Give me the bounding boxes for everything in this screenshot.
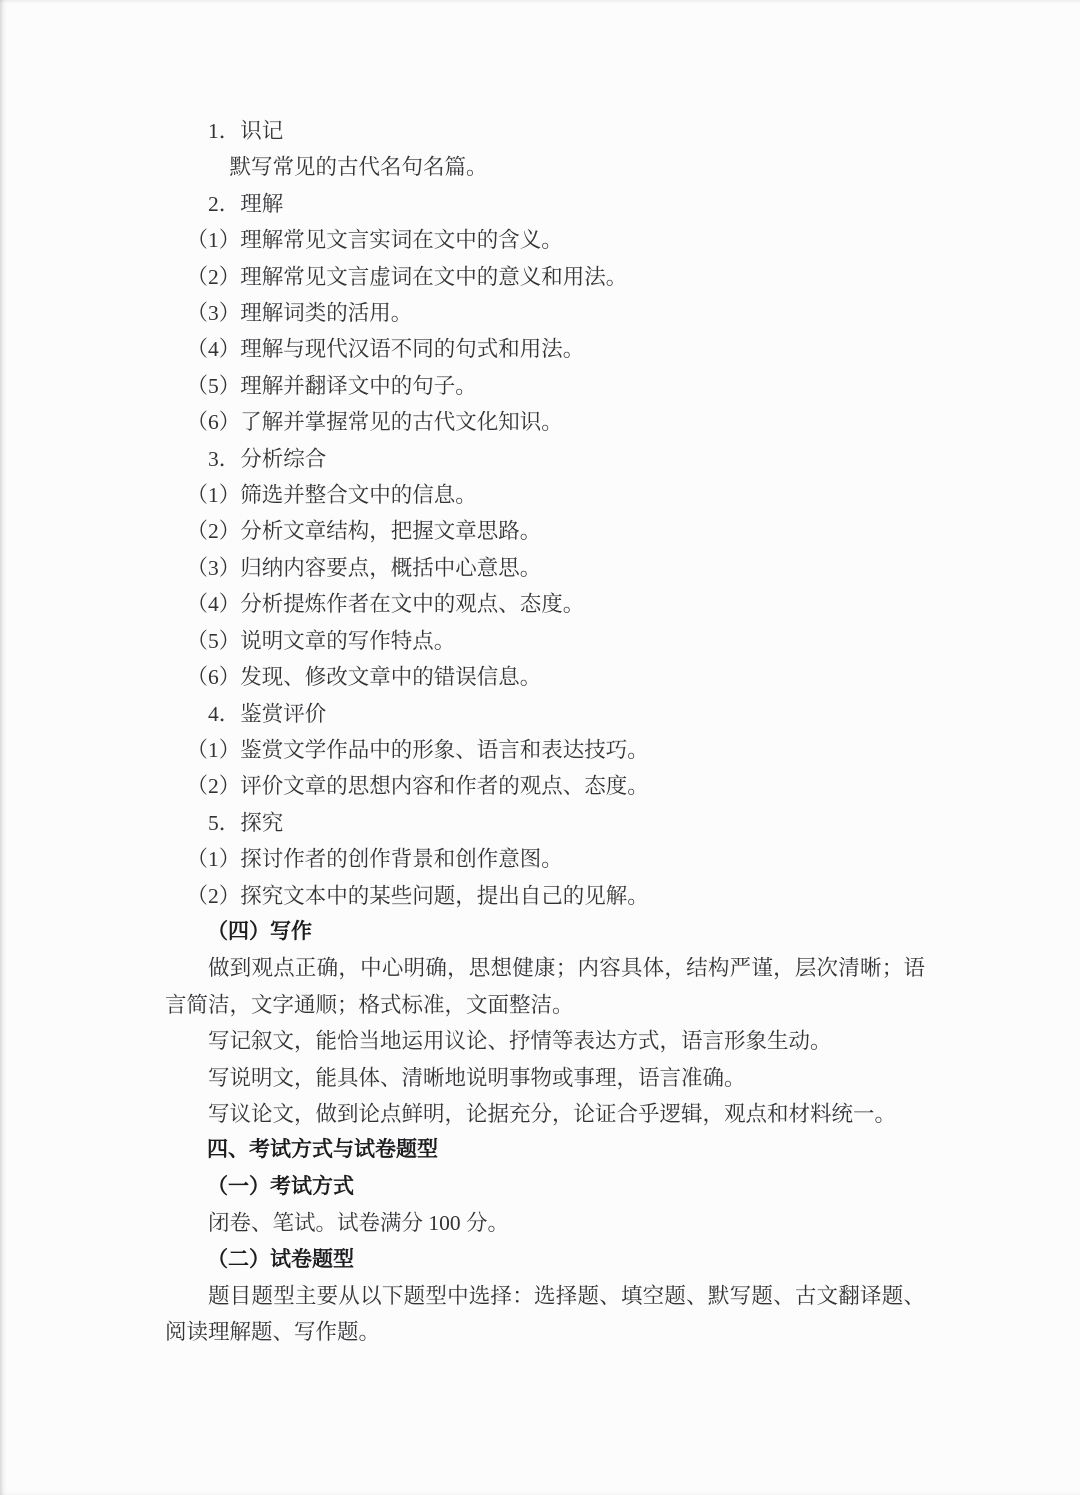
numbered-item: 4．鉴赏评价	[165, 696, 925, 732]
paren-item: （4）分析提炼作者在文中的观点、态度。	[165, 586, 925, 622]
subsection-heading: （一）考试方式	[165, 1169, 925, 1205]
subsection-heading: （二）试卷题型	[165, 1242, 925, 1278]
paren-item: （2）探究文本中的某些问题，提出自己的见解。	[165, 878, 925, 914]
numbered-item: 1．识记	[165, 113, 925, 149]
numbered-item: 3．分析综合	[165, 441, 925, 477]
paren-item: （5）说明文章的写作特点。	[165, 623, 925, 659]
paren-item: （1）理解常见文言实词在文中的含义。	[165, 222, 925, 258]
paragraph: 题目题型主要从以下题型中选择：选择题、填空题、默写题、古文翻译题、阅读理解题、写…	[165, 1278, 925, 1351]
indented-line: 默写常见的古代名句名篇。	[165, 149, 925, 185]
paren-item: （1）筛选并整合文中的信息。	[165, 477, 925, 513]
paragraph: 做到观点正确，中心明确，思想健康；内容具体，结构严谨，层次清晰；语言简洁，文字通…	[165, 950, 925, 1023]
paren-item: （6）发现、修改文章中的错误信息。	[165, 659, 925, 695]
paren-item: （3）理解词类的活用。	[165, 295, 925, 331]
paren-item: （6）了解并掌握常见的古代文化知识。	[165, 404, 925, 440]
section-heading: 四、考试方式与试卷题型	[165, 1132, 925, 1168]
paragraph: 写议论文，做到论点鲜明，论据充分，论证合乎逻辑，观点和材料统一。	[165, 1096, 925, 1132]
paren-item: （2）理解常见文言虚词在文中的意义和用法。	[165, 259, 925, 295]
paragraph: 写记叙文，能恰当地运用议论、抒情等表达方式，语言形象生动。	[165, 1023, 925, 1059]
paragraph: 写说明文，能具体、清晰地说明事物或事理，语言准确。	[165, 1060, 925, 1096]
paren-item: （2）分析文章结构，把握文章思路。	[165, 513, 925, 549]
paren-item: （4）理解与现代汉语不同的句式和用法。	[165, 331, 925, 367]
paren-item: （1）探讨作者的创作背景和创作意图。	[165, 841, 925, 877]
subsection-heading: （四）写作	[165, 914, 925, 950]
paren-item: （3）归纳内容要点，概括中心意思。	[165, 550, 925, 586]
paren-item: （2）评价文章的思想内容和作者的观点、态度。	[165, 768, 925, 804]
paren-item: （1）鉴赏文学作品中的形象、语言和表达技巧。	[165, 732, 925, 768]
paren-item: （5）理解并翻译文中的句子。	[165, 368, 925, 404]
numbered-item: 5．探究	[165, 805, 925, 841]
paragraph: 闭卷、笔试。试卷满分 100 分。	[165, 1205, 925, 1241]
document-text: 1．识记默写常见的古代名句名篇。2．理解（1）理解常见文言实词在文中的含义。（2…	[165, 113, 925, 1351]
document-page: 1．识记默写常见的古代名句名篇。2．理解（1）理解常见文言实词在文中的含义。（2…	[0, 0, 1080, 1495]
numbered-item: 2．理解	[165, 186, 925, 222]
